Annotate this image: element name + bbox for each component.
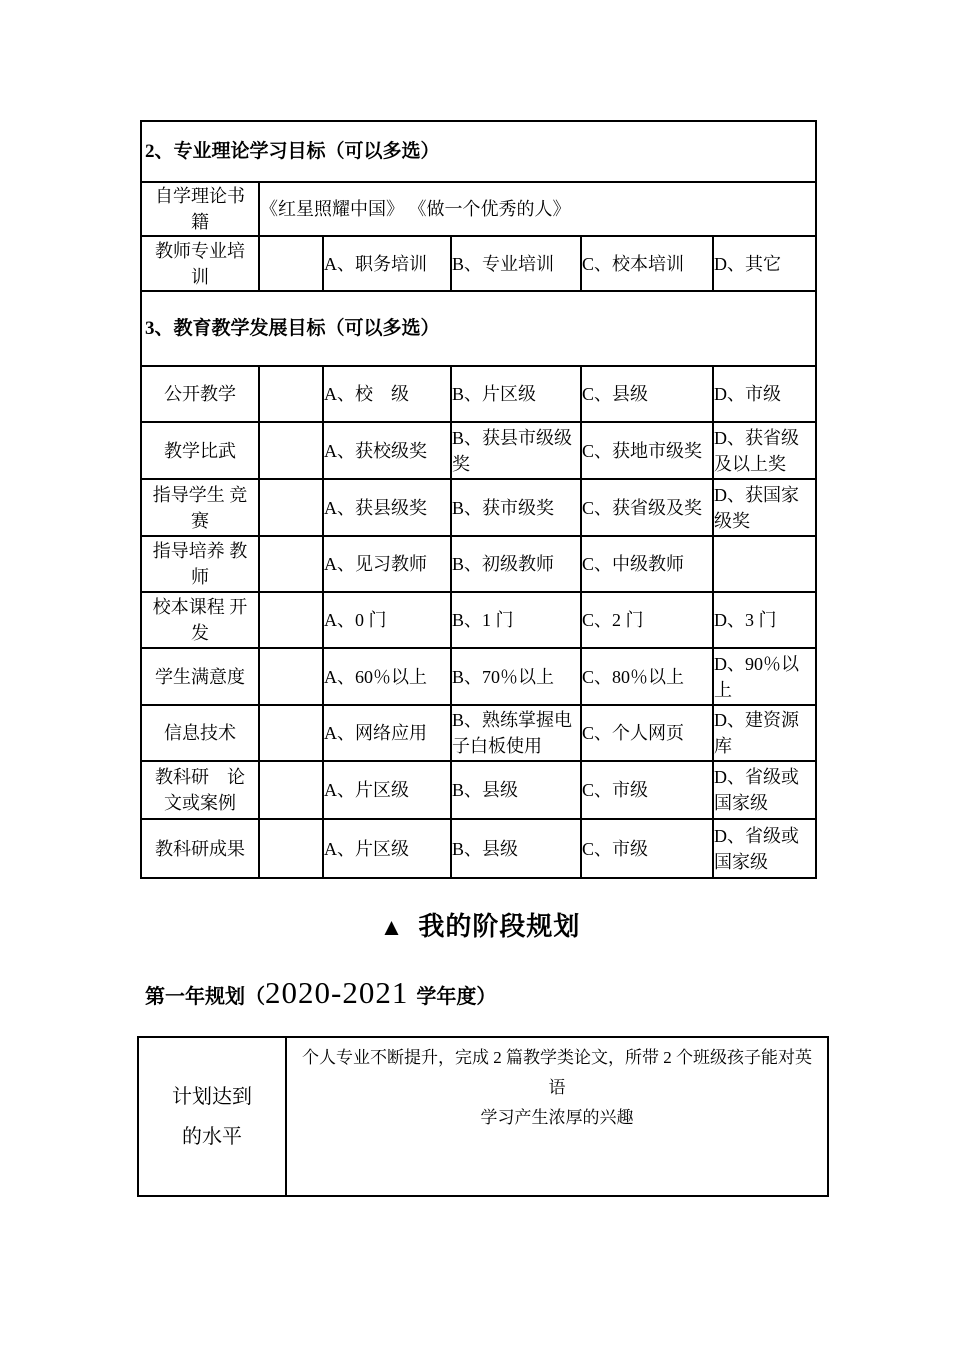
option-cell: B、获市级奖	[451, 479, 581, 536]
year-heading-prefix: 第一年规划（	[145, 986, 265, 1008]
answer-cell	[259, 819, 323, 878]
table-row: 计划达到 的水平 个人专业不断提升，完成 2 篇教学类论文，所带 2 个班级孩子…	[138, 1037, 828, 1196]
option-cell: C、获地市级奖	[581, 422, 713, 479]
answer-cell	[259, 536, 323, 592]
section3-title: 3、教育教学发展目标（可以多选）	[141, 291, 816, 366]
option-cell: B、初级教师	[451, 536, 581, 592]
plan-level-label: 计划达到 的水平	[138, 1037, 286, 1196]
year-heading-suffix: 学年度）	[416, 986, 496, 1008]
option-cell: D、其它	[713, 236, 816, 291]
answer-cell	[259, 705, 323, 761]
triangle-bullet-icon: ▲	[380, 914, 405, 941]
goal-label-cell: 学生满意度	[141, 648, 259, 705]
table-row: 公开教学 A、校 级 B、片区级 C、县级 D、市级	[141, 366, 816, 422]
year-heading-range: 2020-2021	[265, 975, 408, 1010]
section3-header-row: 3、教育教学发展目标（可以多选）	[141, 291, 816, 366]
development-goals-table: 2、专业理论学习目标（可以多选） 自学理论书 籍 《红星照耀中国》 《做一个优秀…	[140, 120, 817, 879]
plan-level-content: 个人专业不断提升，完成 2 篇教学类论文，所带 2 个班级孩子能对英语 学习产生…	[286, 1037, 828, 1196]
option-cell: D、3 门	[713, 592, 816, 648]
answer-cell	[259, 761, 323, 819]
option-cell	[713, 536, 816, 592]
answer-cell	[259, 648, 323, 705]
option-cell: D、90％以 上	[713, 648, 816, 705]
stage-planning-heading: ▲我的阶段规划	[0, 906, 960, 943]
option-cell: A、获校级奖	[323, 422, 451, 479]
section2-header-row: 2、专业理论学习目标（可以多选）	[141, 121, 816, 182]
option-cell: A、0 门	[323, 592, 451, 648]
option-cell: C、市级	[581, 819, 713, 878]
option-cell: A、见习教师	[323, 536, 451, 592]
plan-level-table: 计划达到 的水平 个人专业不断提升，完成 2 篇教学类论文，所带 2 个班级孩子…	[137, 1036, 829, 1197]
option-cell: C、2 门	[581, 592, 713, 648]
goal-label-cell: 指导培养 教 师	[141, 536, 259, 592]
option-cell: B、1 门	[451, 592, 581, 648]
option-cell: A、片区级	[323, 819, 451, 878]
goal-label-cell: 教科研 论 文或案例	[141, 761, 259, 819]
answer-cell	[259, 592, 323, 648]
option-cell: C、县级	[581, 366, 713, 422]
goal-label-cell: 教师专业培 训	[141, 236, 259, 291]
answer-cell	[259, 366, 323, 422]
option-cell: B、县级	[451, 761, 581, 819]
table-row: 教学比武 A、获校级奖 B、获县市级级 奖 C、获地市级奖 D、获省级 及以上奖	[141, 422, 816, 479]
option-cell: A、职务培训	[323, 236, 451, 291]
goal-label-cell: 信息技术	[141, 705, 259, 761]
option-cell: B、获县市级级 奖	[451, 422, 581, 479]
first-year-plan-heading: 第一年规划（2020-2021学年度）	[145, 975, 496, 1011]
answer-cell	[259, 422, 323, 479]
option-cell: C、获省级及奖	[581, 479, 713, 536]
table-row: 学生满意度 A、60％以上 B、70％以上 C、80％以上 D、90％以 上	[141, 648, 816, 705]
option-cell: C、校本培训	[581, 236, 713, 291]
option-cell: C、个人网页	[581, 705, 713, 761]
table-row: 信息技术 A、网络应用 B、熟练掌握电 子白板使用 C、个人网页 D、建资源 库	[141, 705, 816, 761]
option-cell: D、市级	[713, 366, 816, 422]
answer-cell	[259, 479, 323, 536]
document-page: 2、专业理论学习目标（可以多选） 自学理论书 籍 《红星照耀中国》 《做一个优秀…	[0, 0, 960, 1357]
goal-label-cell: 自学理论书 籍	[141, 182, 259, 236]
goal-label-cell: 教学比武	[141, 422, 259, 479]
option-cell: C、市级	[581, 761, 713, 819]
option-cell: C、80％以上	[581, 648, 713, 705]
option-cell: A、片区级	[323, 761, 451, 819]
goal-label-cell: 公开教学	[141, 366, 259, 422]
option-cell: D、省级或 国家级	[713, 819, 816, 878]
table-row: 校本课程 开 发 A、0 门 B、1 门 C、2 门 D、3 门	[141, 592, 816, 648]
section2-title: 2、专业理论学习目标（可以多选）	[141, 121, 816, 182]
option-cell: D、获省级 及以上奖	[713, 422, 816, 479]
option-cell: C、中级教师	[581, 536, 713, 592]
table-row: 指导培养 教 师 A、见习教师 B、初级教师 C、中级教师	[141, 536, 816, 592]
option-cell: A、60％以上	[323, 648, 451, 705]
table-row: 教科研成果 A、片区级 B、县级 C、市级 D、省级或 国家级	[141, 819, 816, 878]
option-cell: D、获国家 级奖	[713, 479, 816, 536]
self-study-books-cell: 《红星照耀中国》 《做一个优秀的人》	[259, 182, 816, 236]
goal-label-cell: 教科研成果	[141, 819, 259, 878]
option-cell: A、获县级奖	[323, 479, 451, 536]
option-cell: A、校 级	[323, 366, 451, 422]
table-row: 教科研 论 文或案例 A、片区级 B、县级 C、市级 D、省级或 国家级	[141, 761, 816, 819]
option-cell: B、70％以上	[451, 648, 581, 705]
answer-cell	[259, 236, 323, 291]
goal-label-cell: 校本课程 开 发	[141, 592, 259, 648]
table-row: 自学理论书 籍 《红星照耀中国》 《做一个优秀的人》	[141, 182, 816, 236]
option-cell: B、熟练掌握电 子白板使用	[451, 705, 581, 761]
option-cell: B、专业培训	[451, 236, 581, 291]
option-cell: D、建资源 库	[713, 705, 816, 761]
option-cell: B、片区级	[451, 366, 581, 422]
goal-label-cell: 指导学生 竞 赛	[141, 479, 259, 536]
option-cell: D、省级或 国家级	[713, 761, 816, 819]
stage-heading-text: 我的阶段规划	[418, 911, 580, 941]
table-row: 教师专业培 训 A、职务培训 B、专业培训 C、校本培训 D、其它	[141, 236, 816, 291]
option-cell: A、网络应用	[323, 705, 451, 761]
option-cell: B、县级	[451, 819, 581, 878]
table-row: 指导学生 竞 赛 A、获县级奖 B、获市级奖 C、获省级及奖 D、获国家 级奖	[141, 479, 816, 536]
